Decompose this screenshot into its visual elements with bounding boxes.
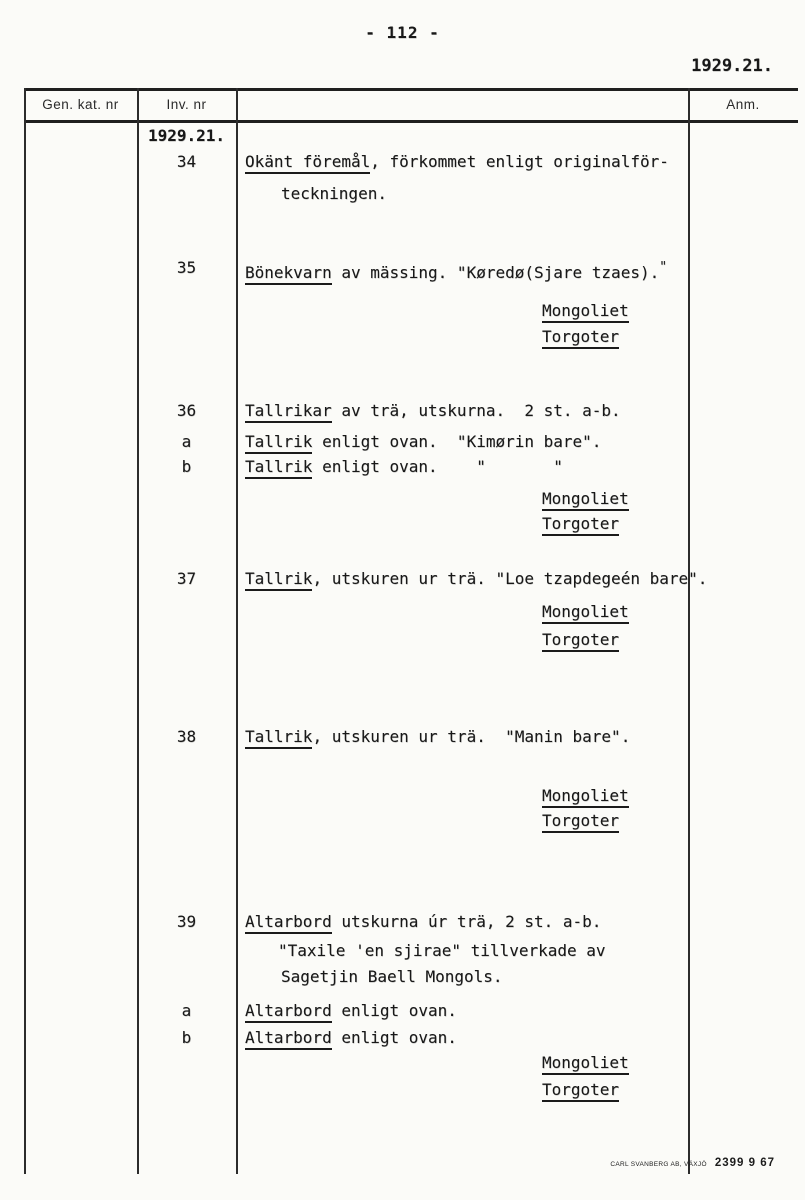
entry-39b-inv-nr: b [137,1029,236,1047]
entry-38-text-line-1: Tallrik, utskuren ur trä. "Manin bare". [245,728,630,746]
entry-38-object-name: Tallrik [245,727,312,749]
entry-34-object-name: Okänt föremål [245,152,370,174]
entry-36b-description-ditto: enligt ovan. " " [312,457,562,476]
entry-39b-object-name: Altarbord [245,1028,332,1050]
entry-38-provenance-people: Torgoter [542,812,619,830]
entry-34-text-line-1: Okänt föremål, förkommet enligt original… [245,153,669,171]
entry-36-inv-nr: 36 [137,402,236,420]
printer-name: CARL SVANBERG AB, VÄXJÖ [610,1161,706,1168]
table-top-border [24,88,798,91]
entry-39a-inv-nr: a [137,1002,236,1020]
entry-39b-description: enligt ovan. [332,1028,457,1047]
group-accession-number: 1929.21. [137,127,236,145]
entry-35-inv-nr: 35 [137,259,236,277]
entry-36-object-name: Tallrikar [245,401,332,423]
entry-39a-object-name: Altarbord [245,1001,332,1023]
page-number: - 112 - [0,24,805,42]
entry-36a-inv-nr: a [137,433,236,451]
entry-35-description: av mässing. "Køredø(Sjare tzaes). [332,263,660,282]
entry-36-description: av trä, utskurna. 2 st. a-b. [332,401,621,420]
entry-34-text-line-2: teckningen. [281,185,387,203]
entry-37-provenance-country: Mongoliet [542,603,629,621]
entry-39a-description: enligt ovan. [332,1001,457,1020]
entry-39-text-line-3: Sagetjin Baell Mongols. [281,968,503,986]
entry-35-provenance-people: Torgoter [542,328,619,346]
entry-36-text-line-1: Tallrikar av trä, utskurna. 2 st. a-b. [245,402,621,420]
entry-36-provenance-people: Torgoter [542,515,619,533]
column-header-inv-nr: Inv. nr [137,97,236,112]
entry-37-provenance-people: Torgoter [542,631,619,649]
entry-36-provenance-country: Mongoliet [542,490,629,508]
entry-39-text-line-1: Altarbord utskurna úr trä, 2 st. a-b. [245,913,601,931]
entry-38-inv-nr: 38 [137,728,236,746]
table-header-divider [24,120,798,123]
entry-39-object-name: Altarbord [245,912,332,934]
printer-code: 2399 9 67 [715,1157,775,1169]
entry-37-description: , utskuren ur trä. "Loe tzapdegeén bare"… [312,569,707,588]
column-header-anm: Anm. [688,97,798,112]
entry-35-text-line-1: Bönekvarn av mässing. "Køredø(Sjare tzae… [245,259,667,282]
entry-39-provenance-people: Torgoter [542,1081,619,1099]
entry-36b-object-name: Tallrik [245,457,312,479]
entry-39a-text-line-1: Altarbord enligt ovan. [245,1002,457,1020]
column-header-gen-kat-nr: Gen. kat. nr [24,97,137,112]
table-left-border [24,88,26,1174]
entry-37-inv-nr: 37 [137,570,236,588]
entry-35-raised-quote: " [659,260,667,275]
scanned-catalog-page: - 112 - 1929.21. Gen. kat. nr Inv. nr An… [0,0,805,1200]
entry-35-object-name: Bönekvarn [245,263,332,285]
accession-year-reference: 1929.21. [691,57,773,75]
entry-36b-text-line-1: Tallrik enligt ovan. " " [245,458,563,476]
entry-36a-object-name: Tallrik [245,432,312,454]
entry-36b-inv-nr: b [137,458,236,476]
entry-38-description: , utskuren ur trä. "Manin bare". [312,727,630,746]
entry-39-provenance-country: Mongoliet [542,1054,629,1072]
entry-34-inv-nr: 34 [137,153,236,171]
entry-35-provenance-country: Mongoliet [542,302,629,320]
entry-39-text-line-2: "Taxile 'en sjirae" tillverkade av [278,942,606,960]
column-divider-inv-main [236,88,238,1174]
entry-34-description: , förkommet enligt originalför- [370,152,669,171]
column-divider-main-anm [688,88,690,1174]
entry-36a-text-line-1: Tallrik enligt ovan. "Kimørin bare". [245,433,601,451]
entry-39b-text-line-1: Altarbord enligt ovan. [245,1029,457,1047]
entry-37-text-line-1: Tallrik, utskuren ur trä. "Loe tzapdegeé… [245,570,707,588]
entry-37-object-name: Tallrik [245,569,312,591]
printer-imprint: CARL SVANBERG AB, VÄXJÖ 2399 9 67 [610,1157,775,1169]
entry-36a-description: enligt ovan. "Kimørin bare". [312,432,601,451]
entry-39-description: utskurna úr trä, 2 st. a-b. [332,912,602,931]
entry-39-inv-nr: 39 [137,913,236,931]
entry-38-provenance-country: Mongoliet [542,787,629,805]
